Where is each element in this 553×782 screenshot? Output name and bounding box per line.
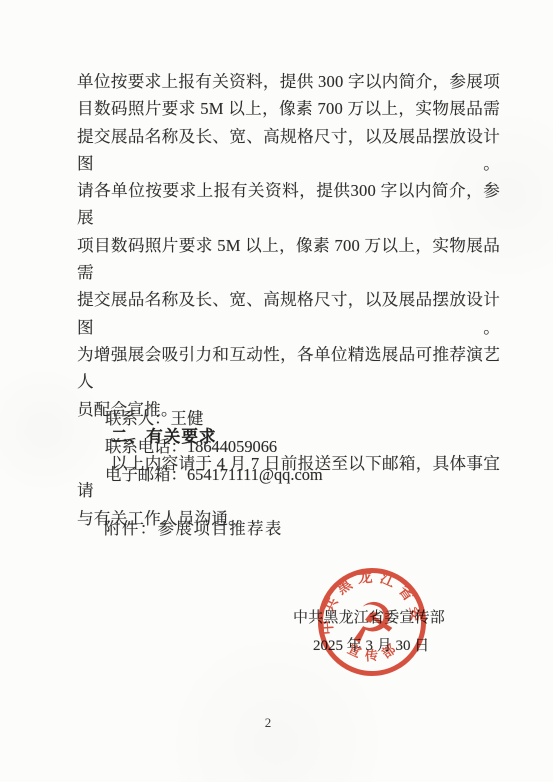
hammer-sickle-icon: ☭ (345, 590, 399, 657)
contact-person-line: 联系人：王健 (105, 405, 323, 433)
contact-block: 联系人：王健 联系电话：18644059066 电子邮箱：654171111@q… (105, 405, 323, 489)
attachment-line: 附件：参展项目推荐表 (104, 515, 283, 539)
contact-phone-line: 联系电话：18644059066 (105, 433, 323, 461)
paragraph1-line: 提交展品名称及长、宽、高规格尺寸，以及展品摆放设计图。 (77, 286, 500, 341)
paragraph1-line: 提交展品名称及长、宽、高规格尺寸，以及展品摆放设计图。 (77, 123, 500, 178)
paragraph1-line: 请各单位按要求上报有关资料，提供300 字以内简介，参展 (77, 177, 500, 232)
paragraph1-line: 目数码照片要求 5M 以上，像素 700 万以上，实物展品需 (77, 95, 500, 122)
contact-email-line: 电子邮箱：654171111@qq.com (105, 461, 323, 489)
page-number: 2 (256, 715, 280, 731)
paragraph1-line: 单位按要求上报有关资料，提供 300 字以内简介，参展项 (77, 68, 500, 95)
paragraph1-line: 项目数码照片要求 5M 以上，像素 700 万以上，实物展品需 (77, 232, 500, 287)
official-seal: 中共黑龙江省委 宣传部 ☭ (302, 552, 443, 693)
paragraph1-line: 为增强展会吸引力和互动性，各单位精选展品可推荐演艺人 (77, 341, 500, 396)
document-page: 单位按要求上报有关资料，提供 300 字以内简介，参展项 目数码照片要求 5M … (0, 0, 553, 782)
